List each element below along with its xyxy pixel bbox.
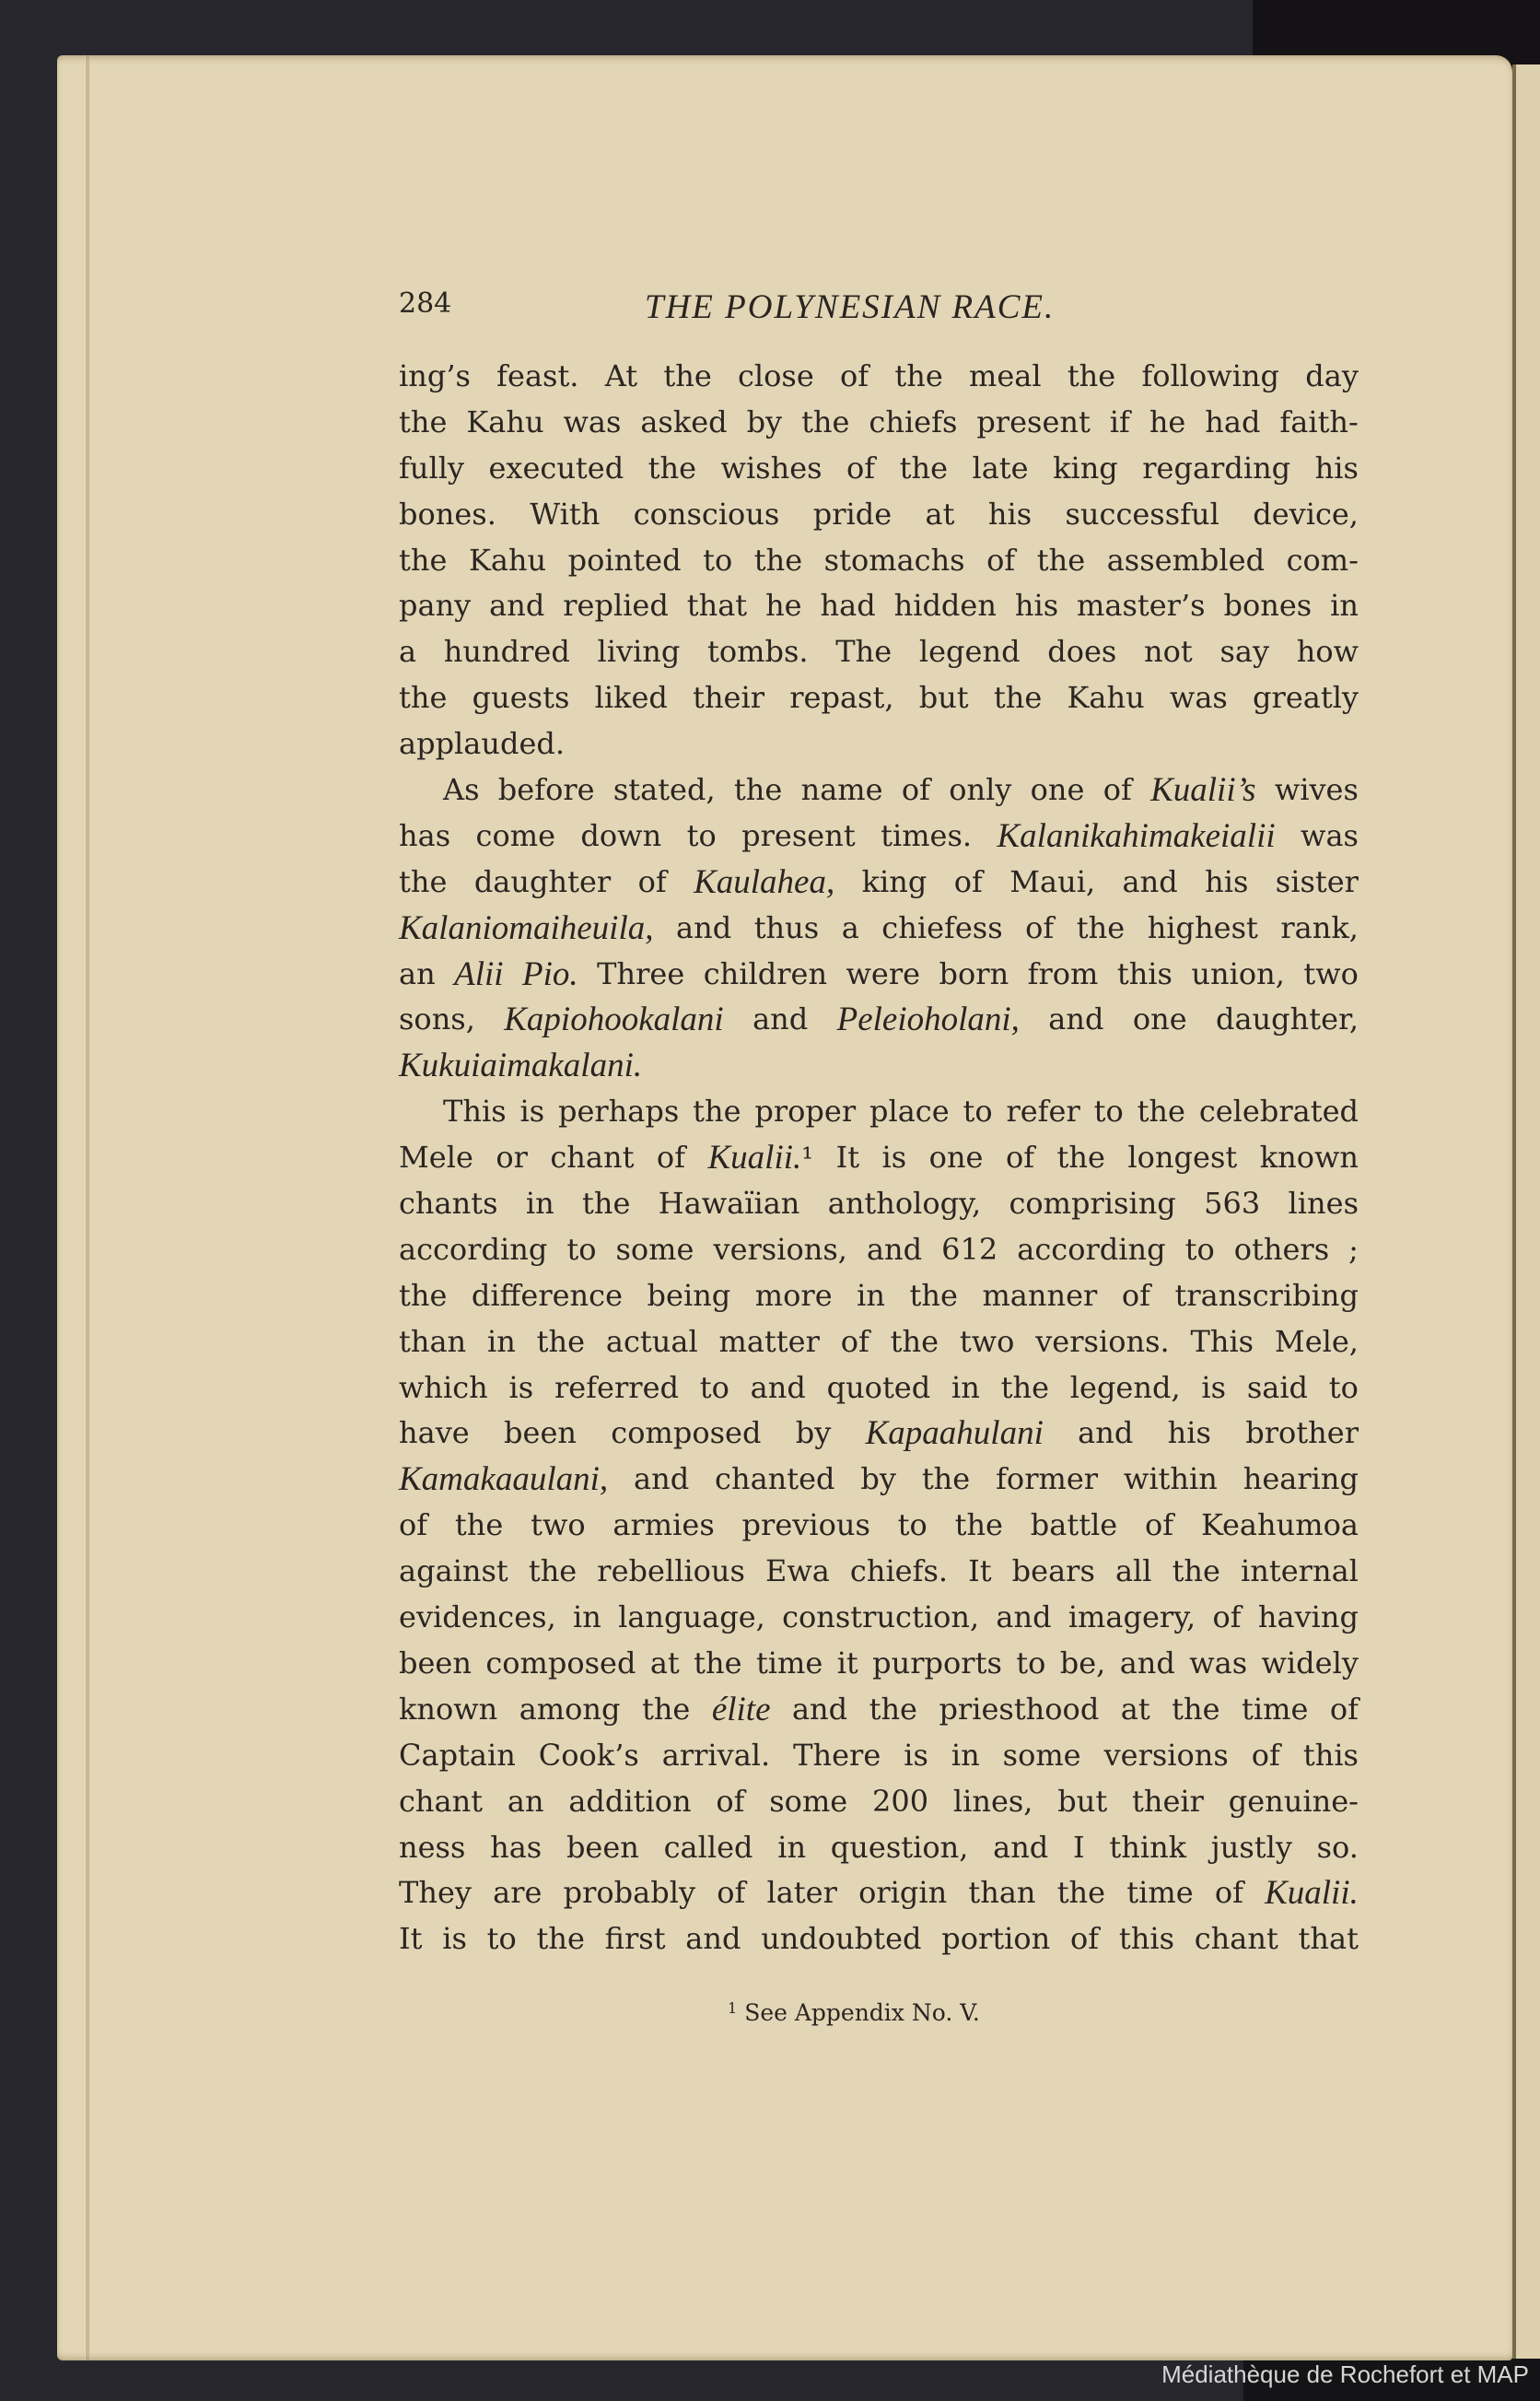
text-line: hascomedowntopresenttimes.Kalanikahimake… xyxy=(399,814,1359,860)
page-number: 284 xyxy=(399,287,451,320)
text-line: ing’sfeast.Atthecloseofthemealthefollowi… xyxy=(399,354,1359,400)
text-line: ahundredlivingtombs.Thelegenddoesnotsayh… xyxy=(399,629,1359,675)
text-line: bones.Withconsciousprideathissuccessfuld… xyxy=(399,492,1359,538)
text-line: thedifferencebeingmoreinthemanneroftrans… xyxy=(399,1273,1359,1319)
footnote: 1See Appendix No. V. xyxy=(728,1999,980,2026)
text-line: thanintheactualmatterofthetwoversions.Th… xyxy=(399,1319,1359,1365)
text-line: panyandrepliedthathehadhiddenhismaster’s… xyxy=(399,583,1359,629)
text-line: whichisreferredtoandquotedinthelegend,is… xyxy=(399,1365,1359,1411)
text-line: chantsintheHawaïiananthology,comprising5… xyxy=(399,1181,1359,1227)
text-line: MeleorchantofKualii.¹Itisoneofthelongest… xyxy=(399,1135,1359,1181)
text-line: Asbeforestated,thenameofonlyoneofKualii’… xyxy=(399,767,1359,814)
running-head: 284 THE POLYNESIAN RACE. xyxy=(0,287,1540,332)
text-line: thedaughterofKaulahea,kingofMaui,andhiss… xyxy=(399,860,1359,906)
text-line: beencomposedatthetimeitpurportstobe,andw… xyxy=(399,1641,1359,1687)
text-line: ofthetwoarmiesprevioustothebattleofKeahu… xyxy=(399,1503,1359,1549)
text-line: nesshasbeencalledinquestion,andIthinkjus… xyxy=(399,1825,1359,1871)
text-line: theguestslikedtheirrepast,buttheKahuwasg… xyxy=(399,675,1359,721)
text-line: knownamongtheéliteandthepriesthoodatthet… xyxy=(399,1687,1359,1733)
text-line: Itistothefirstandundoubtedportionofthisc… xyxy=(399,1916,1359,1962)
text-line: theKahupointedtothestomachsoftheassemble… xyxy=(399,538,1359,584)
body-text: ing’sfeast.Atthecloseofthemealthefollowi… xyxy=(399,354,1359,1962)
text-line: chantanadditionofsome200lines,buttheirge… xyxy=(399,1779,1359,1825)
text-line: Theyareprobablyoflateroriginthanthetimeo… xyxy=(399,1870,1359,1916)
text-line: applauded. xyxy=(399,721,1359,767)
footnote-text: See Appendix No. V. xyxy=(744,1999,980,2026)
text-line: Kalaniomaiheuila,andthusachiefessofthehi… xyxy=(399,906,1359,952)
watermark: Médiathèque de Rochefort et MAP xyxy=(1161,2360,1529,2389)
text-line: fullyexecutedthewishesofthelatekingregar… xyxy=(399,446,1359,492)
text-line: againsttherebelliousEwachiefs.Itbearsall… xyxy=(399,1549,1359,1595)
page-fold-line xyxy=(85,55,89,2360)
text-line: evidences,inlanguage,construction,andima… xyxy=(399,1595,1359,1641)
text-line: sons,KapiohookalaniandPeleioholani,andon… xyxy=(399,997,1359,1043)
text-line: accordingtosomeversions,and612accordingt… xyxy=(399,1227,1359,1273)
adjacent-page-edge xyxy=(1512,64,1540,2359)
text-line: Thisisperhapstheproperplacetorefertothec… xyxy=(399,1089,1359,1135)
text-line: theKahuwasaskedbythechiefspresentifhehad… xyxy=(399,400,1359,446)
running-title: THE POLYNESIAN RACE. xyxy=(645,287,1055,327)
text-line: anAliiPio.Threechildrenwerebornfromthisu… xyxy=(399,952,1359,998)
text-line: Kamakaaulani,andchantedbytheformerwithin… xyxy=(399,1457,1359,1503)
text-line: Kukuiaimakalani. xyxy=(399,1043,1359,1089)
text-line: CaptainCook’sarrival.Thereisinsomeversio… xyxy=(399,1733,1359,1779)
text-line: havebeencomposedbyKapaahulaniandhisbroth… xyxy=(399,1411,1359,1457)
footnote-marker: 1 xyxy=(728,1999,737,2017)
